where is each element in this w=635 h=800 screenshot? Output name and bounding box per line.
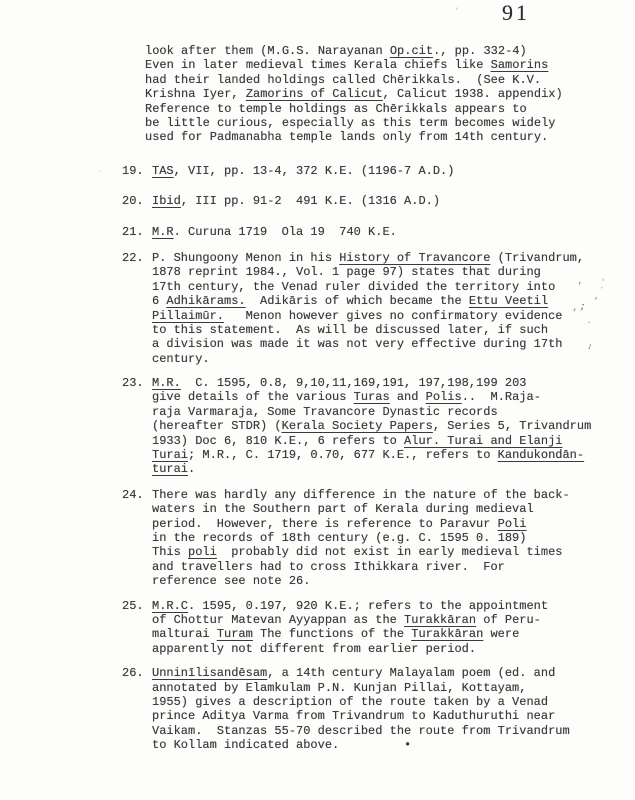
- text-line: This poli probably did not exist in earl…: [152, 545, 608, 559]
- text-run: had their landed holdings called Chērikk…: [145, 73, 541, 87]
- text-run: Even in later medieval times Kerala chie…: [145, 58, 491, 72]
- ink-mark: ·: [99, 168, 102, 177]
- underlined-text: Adhikārams.: [166, 294, 245, 308]
- underlined-text: Kerala Society Papers: [282, 419, 433, 433]
- text-line: reference see note 26.: [152, 574, 608, 588]
- text-line: annotated by Elamkulam P.N. Kunjan Pilla…: [152, 681, 608, 695]
- text-run: malturai: [152, 627, 217, 641]
- text-run: and travellers had to cross Ithikkara ri…: [152, 560, 505, 574]
- footnote-number: 19.: [122, 164, 152, 178]
- text-line: a division was made it was not very effe…: [152, 337, 608, 351]
- ink-mark: ˙: [586, 321, 592, 333]
- text-run: a division was made it was not very effe…: [152, 337, 562, 351]
- footnote-text: M.R. Curuna 1719 Ola 19 740 K.E.: [152, 225, 608, 239]
- text-line: Turai; M.R., C. 1719, 0.70, 677 K.E., re…: [152, 448, 608, 462]
- text-run: of Chottur Matevan Ayyappan as the: [152, 613, 404, 627]
- underlined-text: Kandukondān-: [498, 448, 584, 462]
- text-run: were: [483, 627, 519, 641]
- text-line: prince Aditya Varma from Trivandrum to K…: [152, 709, 608, 723]
- footnote-number: 25.: [122, 599, 152, 657]
- text-run: . 1595, 0.197, 920 K.E.; refers to the a…: [188, 599, 548, 613]
- text-run: reference see note 26.: [152, 574, 310, 588]
- underlined-text: Pillaimūr.: [152, 309, 224, 323]
- text-run: (Trivandrum,: [490, 251, 584, 265]
- text-line: waters in the Southern part of Kerala du…: [152, 502, 608, 516]
- text-line: century.: [152, 352, 608, 366]
- underlined-text: M.R.: [152, 376, 181, 390]
- text-run: , III pp. 91-2 491 K.E. (1316 A.D.): [181, 194, 440, 208]
- text-line: There was hardly any difference in the n…: [152, 488, 608, 502]
- text-run: to this statement. As will be discussed …: [152, 323, 548, 337]
- underlined-text: Ibid: [152, 194, 181, 208]
- footnote-25: 25.M.R.C. 1595, 0.197, 920 K.E.; refers …: [122, 599, 608, 657]
- underlined-text: Turakkāran: [404, 613, 476, 627]
- text-run: probably did not exist in early medieval…: [217, 545, 563, 559]
- underlined-text: Samorins: [491, 58, 549, 72]
- ink-mark: ·: [459, 52, 462, 61]
- text-run: in the records of 18th century (e.g. C. …: [152, 531, 526, 545]
- text-run: 1878 reprint 1984., Vol. 1 page 97) stat…: [152, 265, 541, 279]
- text-run: 1933) Doc 6, 810 K.E., 6 refers to: [152, 434, 404, 448]
- text-run: 1955) gives a description of the route t…: [152, 695, 548, 709]
- footnote-21: 21.M.R. Curuna 1719 Ola 19 740 K.E.: [122, 225, 608, 239]
- text-run: C. 1595, 0.8, 9,10,11,169,191, 197,198,1…: [181, 376, 527, 390]
- underlined-text: Unninīlisandēsam: [152, 666, 267, 680]
- footnote-list: 19.TAS, VII, pp. 13-4, 372 K.E. (1196-7 …: [122, 164, 608, 753]
- text-line: Reference to temple holdings as Chērikka…: [145, 102, 608, 116]
- text-line: 6 Adhikārams. Adikāris of which became t…: [152, 294, 608, 308]
- text-run: period. However, there is reference to P…: [152, 517, 498, 531]
- footnote-text: Ibid, III pp. 91-2 491 K.E. (1316 A.D.): [152, 194, 608, 208]
- text-run: . Curuna 1719 Ola 19 740 K.E.: [174, 225, 397, 239]
- text-line: look after them (M.G.S. Narayanan Op.cit…: [145, 44, 608, 58]
- footnote-text: Unninīlisandēsam, a 14th century Malayal…: [152, 666, 608, 752]
- text-run: century.: [152, 352, 210, 366]
- underlined-text: Alur. Turai and Elanji: [404, 434, 562, 448]
- text-run: Menon however gives no confirmatory evid…: [224, 309, 562, 323]
- underlined-text: Poli: [498, 517, 527, 531]
- page-content: look after them (M.G.S. Narayanan Op.cit…: [122, 44, 608, 752]
- text-run: 17th century, the Venad ruler divided th…: [152, 280, 555, 294]
- text-run: , Calicut 1938. appendix): [383, 87, 563, 101]
- text-line: apparently not different from earlier pe…: [152, 642, 608, 656]
- text-line: Pillaimūr. Menon however gives no confir…: [152, 309, 608, 323]
- text-line: P. Shungoony Menon in his History of Tra…: [152, 251, 608, 265]
- text-line: 1933) Doc 6, 810 K.E., 6 refers to Alur.…: [152, 434, 608, 448]
- text-run: Vaikam. Stanzas 55-70 described the rout…: [152, 724, 570, 738]
- underlined-text: Turakkāran: [411, 627, 483, 641]
- text-line: had their landed holdings called Chērikk…: [145, 73, 608, 87]
- footnote-text: M.R. C. 1595, 0.8, 9,10,11,169,191, 197,…: [152, 376, 608, 477]
- underlined-text: History of Travancore: [339, 251, 490, 265]
- underlined-text: M.R: [152, 225, 174, 239]
- footnote-19: 19.TAS, VII, pp. 13-4, 372 K.E. (1196-7 …: [122, 164, 608, 178]
- footnote-26: 26.Unninīlisandēsam, a 14th century Mala…: [122, 666, 608, 752]
- text-line: 17th century, the Venad ruler divided th…: [152, 280, 608, 294]
- underlined-text: Turas: [354, 390, 390, 404]
- ink-mark: ,: [573, 301, 577, 312]
- text-run: , VII, pp. 13-4, 372 K.E. (1196-7 A.D.): [174, 164, 455, 178]
- scanned-document-page: 91 look after them (M.G.S. Narayanan Op.…: [0, 0, 635, 800]
- footnote-number: 22.: [122, 251, 152, 366]
- text-run: ; M.R., C. 1719, 0.70, 677 K.E., refers …: [188, 448, 498, 462]
- text-run: The functions of the: [253, 627, 411, 641]
- underlined-text: Turam: [217, 627, 253, 641]
- underlined-text: poli: [188, 545, 217, 559]
- footnote-number: 26.: [122, 666, 152, 752]
- text-run: waters in the Southern part of Kerala du…: [152, 502, 534, 516]
- underlined-text: Polis: [426, 390, 462, 404]
- text-run: , Series 5, Trivandrum: [433, 419, 591, 433]
- text-line: (hereafter STDR) (Kerala Society Papers,…: [152, 419, 608, 433]
- text-line: Vaikam. Stanzas 55-70 described the rout…: [152, 724, 608, 738]
- footnote-23: 23.M.R. C. 1595, 0.8, 9,10,11,169,191, 1…: [122, 376, 608, 477]
- footnote-text: M.R.C. 1595, 0.197, 920 K.E.; refers to …: [152, 599, 608, 657]
- text-line: to Kollam indicated above. •: [152, 738, 608, 752]
- text-line: turai.: [152, 462, 608, 476]
- text-run: Adikāris of which became the: [246, 294, 469, 308]
- footnote-24: 24.There was hardly any difference in th…: [122, 488, 608, 589]
- text-line: Even in later medieval times Kerala chie…: [145, 58, 608, 72]
- text-line: 1878 reprint 1984., Vol. 1 page 97) stat…: [152, 265, 608, 279]
- text-run: give details of the various: [152, 390, 354, 404]
- underlined-text: turai: [152, 462, 188, 476]
- text-run: .: [188, 462, 195, 476]
- text-line: raja Varmaraja, Some Travancore Dynastic…: [152, 405, 608, 419]
- footnote-number: 20.: [122, 194, 152, 208]
- text-line: used for Padmanabha temple lands only fr…: [145, 130, 608, 144]
- text-run: , a 14th century Malayalam poem (ed. and: [267, 666, 555, 680]
- underlined-text: Turai: [152, 448, 188, 462]
- underlined-text: TAS: [152, 164, 174, 178]
- text-run: (hereafter STDR) (: [152, 419, 282, 433]
- footnote-number: 23.: [122, 376, 152, 477]
- text-line: malturai Turam The functions of the Tura…: [152, 627, 608, 641]
- text-line: of Chottur Matevan Ayyappan as the Turak…: [152, 613, 608, 627]
- footnote-number: 24.: [122, 488, 152, 589]
- text-run: There was hardly any difference in the n…: [152, 488, 570, 502]
- text-run: look after them (M.G.S. Narayanan: [145, 44, 390, 58]
- text-run: and: [390, 390, 426, 404]
- text-run: This: [152, 545, 188, 559]
- text-run: ., pp. 332-4): [433, 44, 527, 58]
- text-line: Krishna Iyer, Zamorins of Calicut, Calic…: [145, 87, 608, 101]
- text-line: Ibid, III pp. 91-2 491 K.E. (1316 A.D.): [152, 194, 608, 208]
- text-run: annotated by Elamkulam P.N. Kunjan Pilla…: [152, 681, 526, 695]
- text-line: Unninīlisandēsam, a 14th century Malayal…: [152, 666, 608, 680]
- text-run: used for Padmanabha temple lands only fr…: [145, 130, 548, 144]
- text-line: be little curious, especially as this te…: [145, 116, 608, 130]
- text-line: M.R. Curuna 1719 Ola 19 740 K.E.: [152, 225, 608, 239]
- text-run: of Peru-: [476, 613, 541, 627]
- text-run: 6: [152, 294, 166, 308]
- text-run: to Kollam indicated above. •: [152, 738, 411, 752]
- footnote-text: TAS, VII, pp. 13-4, 372 K.E. (1196-7 A.D…: [152, 164, 608, 178]
- underlined-text: M.R.C: [152, 599, 188, 613]
- text-run: be little curious, especially as this te…: [145, 116, 555, 130]
- text-run: .. M.Raja-: [462, 390, 541, 404]
- footnote-20: 20.Ibid, III pp. 91-2 491 K.E. (1316 A.D…: [122, 194, 608, 208]
- text-run: apparently not different from earlier pe…: [152, 642, 476, 656]
- underlined-text: Zamorins of Calicut: [246, 87, 383, 101]
- page-number: 91: [502, 6, 530, 20]
- text-line: 1955) gives a description of the route t…: [152, 695, 608, 709]
- text-line: in the records of 18th century (e.g. C. …: [152, 531, 608, 545]
- text-run: prince Aditya Varma from Trivandrum to K…: [152, 709, 555, 723]
- text-line: TAS, VII, pp. 13-4, 372 K.E. (1196-7 A.D…: [152, 164, 608, 178]
- text-run: Krishna Iyer,: [145, 87, 246, 101]
- text-line: give details of the various Turas and Po…: [152, 390, 608, 404]
- ink-mark: ʼ: [455, 8, 458, 18]
- text-run: raja Varmaraja, Some Travancore Dynastic…: [152, 405, 498, 419]
- ink-mark: ˊ: [599, 288, 604, 298]
- footnote-number: 21.: [122, 225, 152, 239]
- footnote-text: P. Shungoony Menon in his History of Tra…: [152, 251, 608, 366]
- text-line: and travellers had to cross Ithikkara ri…: [152, 560, 608, 574]
- text-line: M.R.C. 1595, 0.197, 920 K.E.; refers to …: [152, 599, 608, 613]
- text-line: period. However, there is reference to P…: [152, 517, 608, 531]
- text-line: to this statement. As will be discussed …: [152, 323, 608, 337]
- footnote-22: 22.P. Shungoony Menon in his History of …: [122, 251, 608, 366]
- text-run: P. Shungoony Menon in his: [152, 251, 339, 265]
- text-line: M.R. C. 1595, 0.8, 9,10,11,169,191, 197,…: [152, 376, 608, 390]
- ink-mark: ʻ: [594, 296, 598, 307]
- underlined-text: Op.cit: [390, 44, 433, 58]
- underlined-text: Ettu Veetil: [469, 294, 548, 308]
- text-run: Reference to temple holdings as Chērikka…: [145, 102, 527, 116]
- note-continuation-paragraph: look after them (M.G.S. Narayanan Op.cit…: [145, 44, 608, 145]
- footnote-text: There was hardly any difference in the n…: [152, 488, 608, 589]
